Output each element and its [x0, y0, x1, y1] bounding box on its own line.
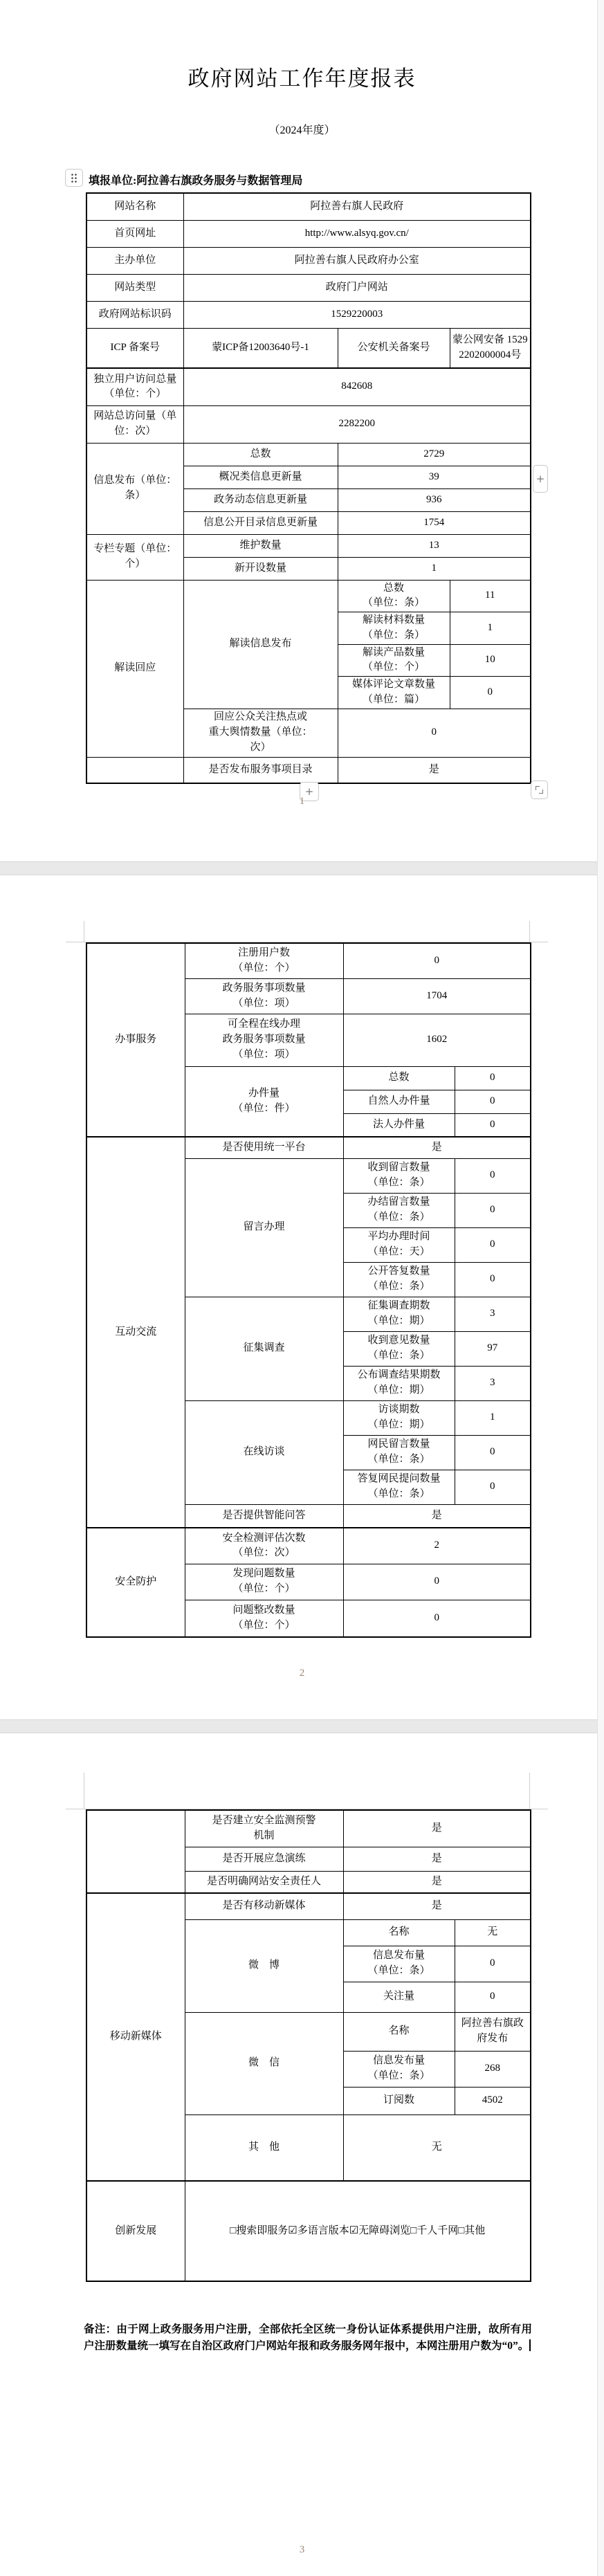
- table-guide-right: [529, 921, 530, 942]
- field-label: 答复网民提问数量 （单位：条）: [343, 1470, 455, 1504]
- field-label: 是否明确网站安全责任人: [185, 1871, 343, 1893]
- field-label: 自然人办件量: [343, 1090, 455, 1113]
- field-value[interactable]: 1: [338, 557, 531, 580]
- field-label: 主办单位: [86, 247, 183, 274]
- section-label: 信息发布（单位：条）: [86, 443, 183, 534]
- page-1: 政府网站工作年度报表 （2024年度） 填报单位:阿拉善右旗政务服务与数据管理局…: [0, 0, 604, 861]
- insert-column-button[interactable]: +: [533, 465, 548, 493]
- field-label: 注册用户数 （单位：个）: [185, 943, 343, 978]
- field-value[interactable]: 0: [455, 1470, 531, 1504]
- innovation-checkbox-row[interactable]: □搜索即服务☑多语言版本☑无障碍浏览□千人千网□其他: [185, 2181, 531, 2281]
- field-label: 信息发布量 （单位：条）: [343, 1946, 455, 1982]
- field-value[interactable]: 842608: [183, 368, 531, 405]
- table-guide-left: [84, 1773, 84, 1809]
- section-label: 安全防护: [86, 1528, 185, 1637]
- table-guide-right: [529, 1773, 530, 1809]
- field-value[interactable]: 2282200: [183, 405, 531, 443]
- field-value[interactable]: 13: [338, 534, 531, 557]
- field-label: 独立用户访问总量（单位：个）: [86, 368, 183, 405]
- drag-handle-icon[interactable]: [65, 169, 83, 187]
- page-number-1: 1: [0, 796, 604, 807]
- section-label: 移动新媒体: [86, 1893, 185, 2181]
- field-value[interactable]: 39: [338, 466, 531, 488]
- field-label: 是否开展应急演练: [185, 1847, 343, 1871]
- field-label: 媒体评论文章数量 （单位：篇）: [338, 677, 450, 709]
- field-value[interactable]: 0: [455, 1158, 531, 1193]
- field-label: 安全检测评估次数 （单位：次）: [185, 1528, 343, 1564]
- field-label: 访谈期数 （单位：期）: [343, 1400, 455, 1435]
- field-value[interactable]: 政府门户网站: [183, 274, 531, 301]
- field-label: 是否建立安全监测预警 机制: [185, 1810, 343, 1847]
- field-value[interactable]: 268: [455, 2051, 531, 2087]
- field-label: 是否发布服务事项目录: [183, 757, 338, 783]
- field-label: 首页网址: [86, 220, 183, 247]
- field-value[interactable]: 是: [343, 1504, 531, 1528]
- field-value[interactable]: 阿拉善右旗政府发布: [455, 2012, 531, 2051]
- report-table-basic-info: 网站名称 阿拉善右旗人民政府 首页网址 http://www.alsyq.gov…: [86, 192, 531, 784]
- field-value[interactable]: 97: [455, 1331, 531, 1366]
- field-label: 总数: [343, 1066, 455, 1090]
- field-value[interactable]: 阿拉善右旗人民政府办公室: [183, 247, 531, 274]
- field-value[interactable]: 1529220003: [183, 301, 531, 328]
- field-value[interactable]: 是: [343, 1871, 531, 1893]
- field-label: 概况类信息更新量: [183, 466, 338, 488]
- field-value[interactable]: 0: [455, 1113, 531, 1137]
- field-label: 平均办理时间 （单位：天）: [343, 1227, 455, 1262]
- field-label: 公布调查结果期数 （单位：期）: [343, 1366, 455, 1400]
- field-label: 法人办件量: [343, 1113, 455, 1137]
- field-value[interactable]: 蒙公网安备 15292202000004号: [450, 328, 531, 368]
- field-label: 名称: [343, 1919, 455, 1946]
- field-label: 名称: [343, 2012, 455, 2051]
- field-label: 收到留言数量 （单位：条）: [343, 1158, 455, 1193]
- field-label: 政府网站标识码: [86, 301, 183, 328]
- field-label: 留言办理: [185, 1158, 343, 1297]
- text-cursor: [529, 2339, 531, 2351]
- field-label: 网站总访问量（单位：次）: [86, 405, 183, 443]
- report-table-media-innovation: 是否建立安全监测预警 机制 是 是否开展应急演练 是 是否明确网站安全责任人 是…: [86, 1809, 531, 2282]
- field-label: 新开设数量: [183, 557, 338, 580]
- field-value[interactable]: 3: [455, 1366, 531, 1400]
- field-value[interactable]: 3: [455, 1297, 531, 1331]
- field-label: 政务动态信息更新量: [183, 488, 338, 511]
- field-label: 其 他: [185, 2114, 343, 2181]
- report-table-services: 办事服务 注册用户数 （单位：个） 0 政务服务事项数量 （单位：项） 1704…: [86, 942, 531, 1638]
- field-value[interactable]: 0: [338, 709, 531, 757]
- page-subtitle: （2024年度）: [0, 121, 604, 137]
- page-3: 是否建立安全监测预警 机制 是 是否开展应急演练 是 是否明确网站安全责任人 是…: [0, 1733, 604, 2576]
- field-value[interactable]: 是: [343, 1810, 531, 1847]
- field-label: 信息发布量 （单位：条）: [343, 2051, 455, 2087]
- plus-icon: +: [536, 474, 545, 484]
- reporting-unit-label: 填报单位:阿拉善右旗政务服务与数据管理局: [89, 172, 302, 188]
- field-value[interactable]: 4502: [455, 2087, 531, 2114]
- field-label: 信息公开目录信息更新量: [183, 511, 338, 534]
- field-label: 微 博: [185, 1919, 343, 2012]
- field-value[interactable]: 是: [343, 1847, 531, 1871]
- field-label: 公开答复数量 （单位：条）: [343, 1262, 455, 1297]
- field-label: 征集调查: [185, 1297, 343, 1400]
- field-value[interactable]: 1: [450, 612, 531, 645]
- field-value[interactable]: 0: [455, 1435, 531, 1470]
- field-label: 政务服务事项数量 （单位：项）: [185, 978, 343, 1014]
- field-label: 回应公众关注热点或 重大舆情数量（单位： 次）: [183, 709, 338, 757]
- field-value[interactable]: 11: [450, 580, 531, 612]
- scrollbar-track[interactable]: [597, 0, 604, 2576]
- field-label: 办结留言数量 （单位：条）: [343, 1193, 455, 1227]
- field-value[interactable]: 1: [455, 1400, 531, 1435]
- field-label: 是否有移动新媒体: [185, 1893, 343, 1919]
- field-label: 解读产品数量 （单位：个）: [338, 644, 450, 677]
- field-value[interactable]: 无: [343, 2114, 531, 2181]
- field-value[interactable]: 0: [455, 1090, 531, 1113]
- field-label: 是否使用统一平台: [185, 1137, 343, 1158]
- field-label: 发现问题数量 （单位：个）: [185, 1564, 343, 1600]
- section-label: 互动交流: [86, 1137, 185, 1528]
- section-label: 办事服务: [86, 943, 185, 1137]
- field-label: 总数: [183, 443, 338, 466]
- field-value[interactable]: 0: [343, 1564, 531, 1600]
- table-guide-left: [84, 921, 84, 942]
- empty-cell: [86, 1810, 185, 1893]
- empty-cell: [86, 757, 183, 783]
- page-title: 政府网站工作年度报表: [0, 61, 604, 92]
- page-2: 办事服务 注册用户数 （单位：个） 0 政务服务事项数量 （单位：项） 1704…: [0, 875, 604, 1719]
- field-label: 维护数量: [183, 534, 338, 557]
- expand-corners-icon: [536, 786, 543, 794]
- field-label: 在线访谈: [185, 1400, 343, 1504]
- field-value[interactable]: 936: [338, 488, 531, 511]
- field-value[interactable]: 1754: [338, 511, 531, 534]
- field-value[interactable]: 无: [455, 1919, 531, 1946]
- field-value[interactable]: 1602: [343, 1014, 531, 1066]
- field-label: 问题整改数量 （单位：个）: [185, 1600, 343, 1637]
- page-gap: [0, 861, 604, 875]
- page-number-3: 3: [0, 2544, 604, 2556]
- field-value[interactable]: 0: [455, 1262, 531, 1297]
- field-value[interactable]: 0: [455, 1227, 531, 1262]
- field-value[interactable]: 2: [343, 1528, 531, 1564]
- field-value[interactable]: 阿拉善右旗人民政府: [183, 193, 531, 220]
- field-value[interactable]: 蒙ICP备12003640号-1: [183, 328, 338, 368]
- field-value[interactable]: 0: [455, 1193, 531, 1227]
- field-label: 微 信: [185, 2012, 343, 2114]
- field-value[interactable]: 0: [343, 943, 531, 978]
- field-label: 收到意见数量 （单位：条）: [343, 1331, 455, 1366]
- field-label: 办件量 （单位：件）: [185, 1066, 343, 1137]
- section-label: 专栏专题（单位：个）: [86, 534, 183, 580]
- field-label: 解读信息发布: [183, 580, 338, 709]
- field-value[interactable]: 10: [450, 644, 531, 677]
- page-gap: [0, 1719, 604, 1733]
- dots-grid-icon: [71, 173, 77, 183]
- field-value[interactable]: 是: [343, 1893, 531, 1919]
- field-label: ICP 备案号: [86, 328, 183, 368]
- field-value[interactable]: 0: [455, 1946, 531, 1982]
- field-label: 公安机关备案号: [338, 328, 450, 368]
- field-label: 网站类型: [86, 274, 183, 301]
- document-viewer: 政府网站工作年度报表 （2024年度） 填报单位:阿拉善右旗政务服务与数据管理局…: [0, 0, 604, 2576]
- remark-text: 备注：由于网上政务服务用户注册，全部依托全区统一身份认证体系提供用户注册，故所有…: [84, 2323, 532, 2352]
- field-label: 关注量: [343, 1982, 455, 2012]
- field-label: 可全程在线办理 政务服务事项数量 （单位：项）: [185, 1014, 343, 1066]
- section-label: 创新发展: [86, 2181, 185, 2281]
- field-value[interactable]: 是: [338, 757, 531, 783]
- section-label: 解读回应: [86, 580, 183, 757]
- field-label: 征集调查期数 （单位：期）: [343, 1297, 455, 1331]
- field-value[interactable]: http://www.alsyq.gov.cn/: [183, 220, 531, 247]
- page-number-2: 2: [0, 1668, 604, 1679]
- field-label: 总数 （单位：条）: [338, 580, 450, 612]
- field-value[interactable]: 0: [343, 1600, 531, 1637]
- field-value[interactable]: 是: [343, 1137, 531, 1158]
- field-value[interactable]: 0: [455, 1066, 531, 1090]
- remark-note[interactable]: 备注：由于网上政务服务用户注册，全部依托全区统一身份认证体系提供用户注册，故所有…: [84, 2321, 532, 2355]
- field-value[interactable]: 2729: [338, 443, 531, 466]
- field-value[interactable]: 0: [450, 677, 531, 709]
- field-label: 解读材料数量 （单位：条）: [338, 612, 450, 645]
- field-label: 网民留言数量 （单位：条）: [343, 1435, 455, 1470]
- field-label: 订阅数: [343, 2087, 455, 2114]
- field-value[interactable]: 1704: [343, 978, 531, 1014]
- field-label: 是否提供智能问答: [185, 1504, 343, 1528]
- field-label: 网站名称: [86, 193, 183, 220]
- field-value[interactable]: 0: [455, 1982, 531, 2012]
